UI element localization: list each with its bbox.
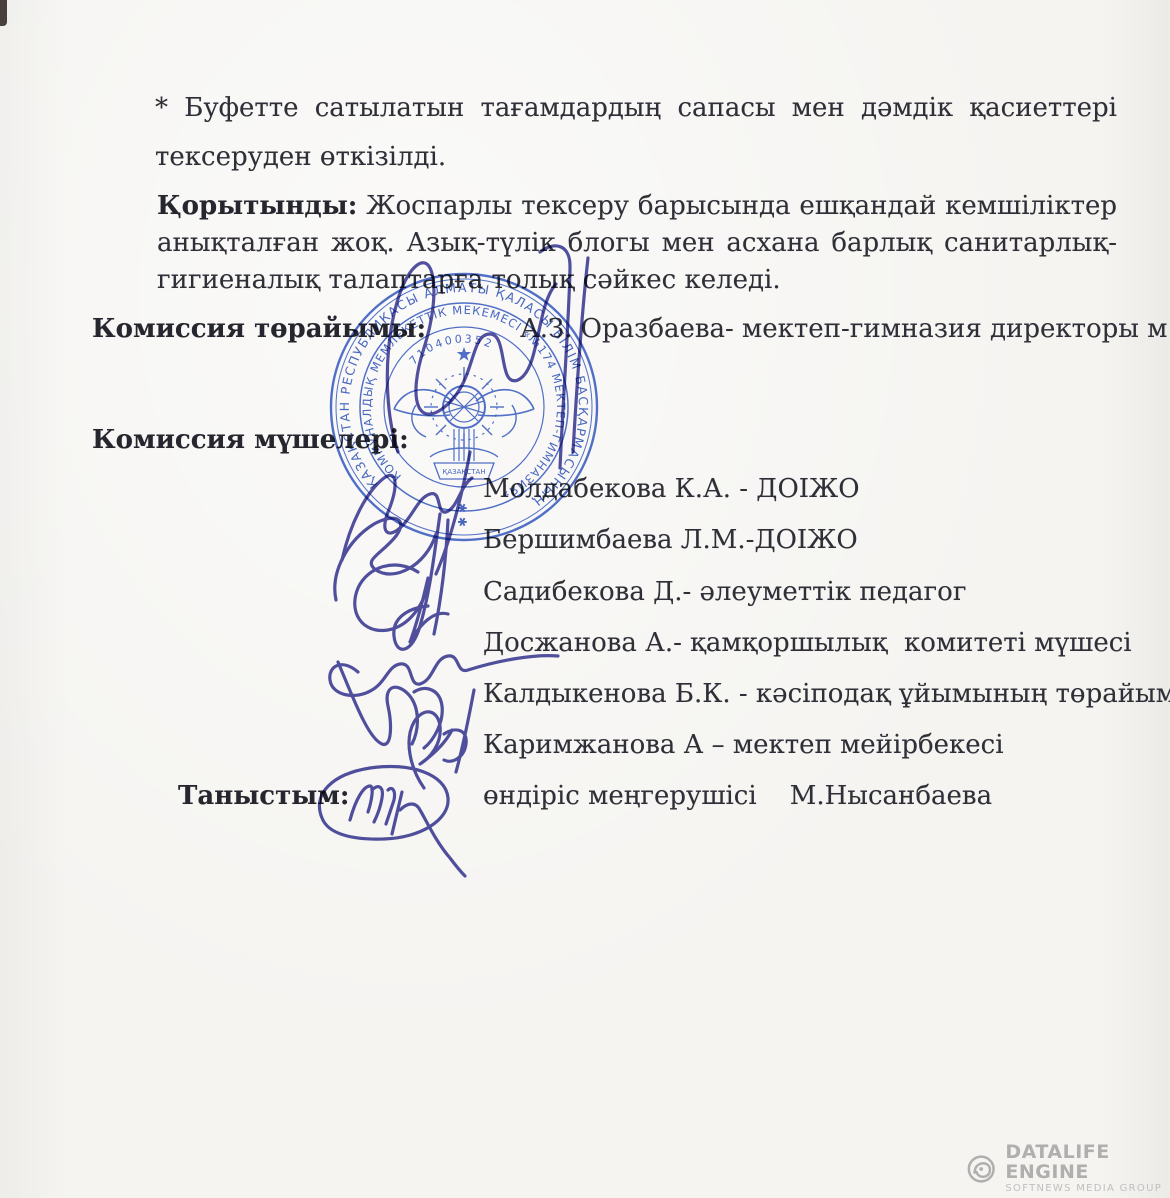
emblem-column [454, 429, 474, 461]
eye-logo-icon [966, 1151, 996, 1187]
chair-value: А.З. Оразбаева- мектеп-гимназия директор… [520, 314, 1170, 344]
emblem-banner-text: ҚАЗАҚСТАН [442, 468, 485, 476]
watermark-title: DATALIFE ENGINE [1005, 1142, 1170, 1182]
member-line: Калдыкенова Б.К. - кәсіподақ ұйымының тө… [483, 679, 1170, 709]
acquainted-label: Таныстым: [178, 781, 349, 811]
signature-member-5 [338, 662, 466, 761]
member-line: Досжанова А.- қамқоршылық комитеті мүшес… [483, 628, 1132, 658]
member-line: Каримжанова А – мектеп мейірбекесі [483, 730, 1004, 760]
official-stamp: ҚАЗАҚСТАН РЕСПУБЛИКАСЫ АЛМАТЫ ҚАЛАСЫ БІЛ… [327, 270, 601, 544]
signature-member-6 [409, 712, 452, 788]
production-manager-line: өндіріс меңгерушісі М.Нысанбаева [483, 781, 992, 811]
signature-member-3 [355, 565, 448, 642]
datalife-watermark: DATALIFE ENGINE SOFTNEWS MEDIA GROUP [966, 1142, 1170, 1195]
conclusion-label: Қорытынды: [157, 191, 357, 221]
stamp-registration-number: 710400352 [407, 332, 496, 367]
signature-member-5-slash [456, 690, 474, 772]
bullet-paragraph: * Буфетте сатылатын тағамдардың сапасы м… [155, 84, 1117, 182]
conclusion-paragraph: Қорытынды: Жоспарлы тексеру барысында еш… [157, 188, 1117, 299]
member-line: Садибекова Д.- әлеуметтік педагог [483, 577, 966, 607]
stamp-emblem [394, 347, 534, 479]
emblem-star [457, 347, 471, 361]
stamp-separator-marks: ✱ ✱ [455, 503, 469, 527]
signature-acquainted-letters [350, 786, 465, 876]
watermark-subtitle: SOFTNEWS MEDIA GROUP [1005, 1182, 1170, 1195]
scanned-document: { "colors": { "paper": "#f5f4f1", "ink_t… [0, 0, 1170, 1198]
svg-text:710400352: 710400352 [407, 332, 496, 367]
scan-corner-artifact [0, 0, 7, 26]
